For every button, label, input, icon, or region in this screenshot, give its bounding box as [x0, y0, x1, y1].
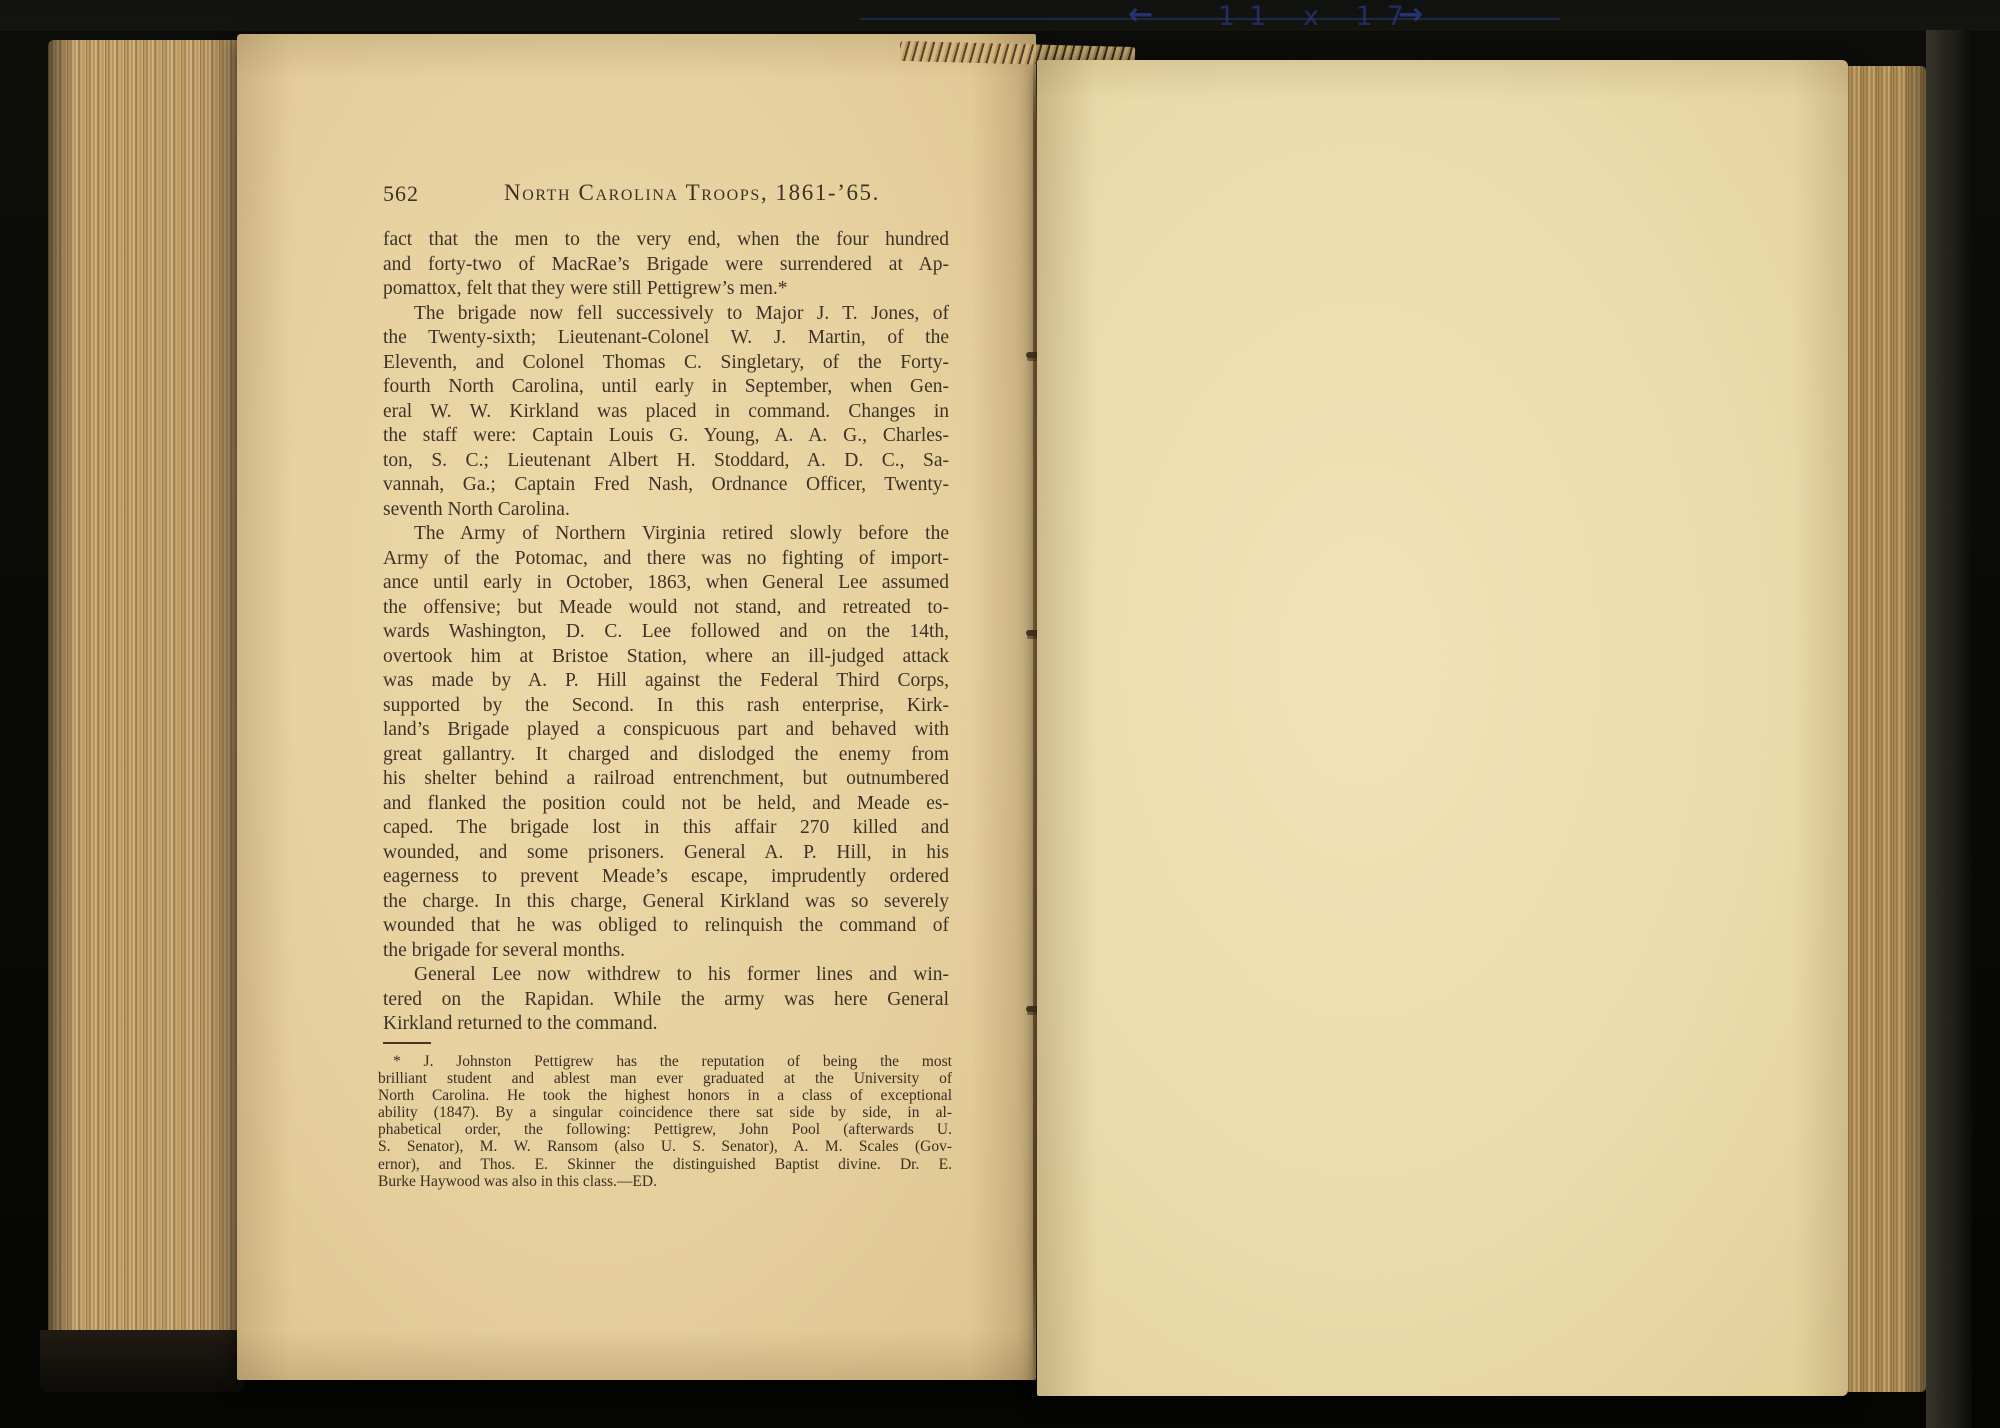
text-line: vannah, Ga.; Captain Fred Nash, Ordnance… [383, 473, 949, 498]
text-line: ability (1847). By a singular coincidenc… [378, 1104, 952, 1121]
text-line: fourth North Carolina, until early in Se… [383, 375, 949, 400]
text-line: Burke Haywood was also in this class.—ED… [378, 1173, 952, 1190]
text-line: Eleventh, and Colonel Thomas C. Singleta… [383, 351, 949, 376]
scanner-bed-top-band: ← 11 x 17 → [0, 0, 2000, 31]
text-line: fact that the men to the very end, when … [383, 228, 949, 253]
text-line: seventh North Carolina. [383, 498, 949, 523]
text-line: phabetical order, the following: Pettigr… [378, 1121, 952, 1138]
book-cover-bottom-left [40, 1330, 245, 1392]
running-title: North Carolina Troops, 1861-’65. [383, 180, 949, 206]
text-line: wounded, and some prisoners. General A. … [383, 841, 949, 866]
text-line: his shelter behind a railroad entrenchme… [383, 767, 949, 792]
text-line: the brigade for several months. [383, 939, 949, 964]
text-line: General Lee now withdrew to his former l… [383, 963, 949, 988]
scanner-size-label: 11 x 17 [1218, 2, 1418, 32]
text-line: ton, S. C.; Lieutenant Albert H. Stoddar… [383, 449, 949, 474]
text-line: North Carolina. He took the highest hono… [378, 1087, 952, 1104]
text-line: brilliant student and ablest man ever gr… [378, 1070, 952, 1087]
text-line: S. Senator), M. W. Ransom (also U. S. Se… [378, 1138, 952, 1155]
text-line: wards Washington, D. C. Lee followed and… [383, 620, 949, 645]
footnote-divider [383, 1042, 431, 1044]
text-line: eral W. W. Kirkland was placed in comman… [383, 400, 949, 425]
paragraph: fact that the men to the very end, when … [383, 228, 949, 302]
text-line: Kirkland returned to the command. [383, 1012, 949, 1037]
text-line: pomattox, felt that they were still Pett… [383, 277, 949, 302]
text-line: eagerness to prevent Meade’s escape, imp… [383, 865, 949, 890]
text-line: the offensive; but Meade would not stand… [383, 596, 949, 621]
text-line: great gallantry. It charged and dislodge… [383, 743, 949, 768]
left-page-content: 562 North Carolina Troops, 1861-’65. fac… [237, 34, 1036, 1380]
text-line: ance until early in October, 1863, when … [383, 571, 949, 596]
text-line: wounded that he was obliged to relinquis… [383, 914, 949, 939]
scanner-ruler-line [860, 18, 1560, 20]
text-line: tered on the Rapidan. While the army was… [383, 988, 949, 1013]
text-line: overtook him at Bristoe Station, where a… [383, 645, 949, 670]
paragraph: General Lee now withdrew to his former l… [383, 963, 949, 1037]
text-line: * J. Johnston Pettigrew has the reputati… [378, 1053, 952, 1070]
left-arrow-icon: ← [1128, 0, 1153, 30]
text-line: was made by A. P. Hill against the Feder… [383, 669, 949, 694]
text-line: the staff were: Captain Louis G. Young, … [383, 424, 949, 449]
text-line: The Army of Northern Virginia retired sl… [383, 522, 949, 547]
footnote-text: * J. Johnston Pettigrew has the reputati… [378, 1053, 952, 1190]
text-line: and flanked the position could not be he… [383, 792, 949, 817]
body-text: fact that the men to the very end, when … [383, 228, 949, 1037]
paragraph: The Army of Northern Virginia retired sl… [383, 522, 949, 963]
text-line: ernor), and Thos. E. Skinner the disting… [378, 1156, 952, 1173]
text-line: and forty-two of MacRae’s Brigade were s… [383, 253, 949, 278]
text-line: Army of the Potomac, and there was no fi… [383, 547, 949, 572]
scanned-book-photo: ← 11 x 17 → 562 North Carolina Troops, 1… [0, 0, 2000, 1428]
text-line: supported by the Second. In this rash en… [383, 694, 949, 719]
text-line: land’s Brigade played a conspicuous part… [383, 718, 949, 743]
right-page-blank [1037, 60, 1848, 1396]
book-right-page-edges [1848, 66, 1926, 1392]
right-arrow-icon: → [1398, 0, 1423, 30]
text-line: caped. The brigade lost in this affair 2… [383, 816, 949, 841]
book-left-page-edges [48, 40, 238, 1345]
scanner-bed-right-shadow [1926, 30, 1972, 1428]
text-line: the Twenty-sixth; Lieutenant-Colonel W. … [383, 326, 949, 351]
paragraph: The brigade now fell successively to Maj… [383, 302, 949, 523]
text-line: The brigade now fell successively to Maj… [383, 302, 949, 327]
running-header: 562 North Carolina Troops, 1861-’65. [383, 180, 949, 206]
left-page: 562 North Carolina Troops, 1861-’65. fac… [237, 34, 1036, 1380]
text-line: the charge. In this charge, General Kirk… [383, 890, 949, 915]
